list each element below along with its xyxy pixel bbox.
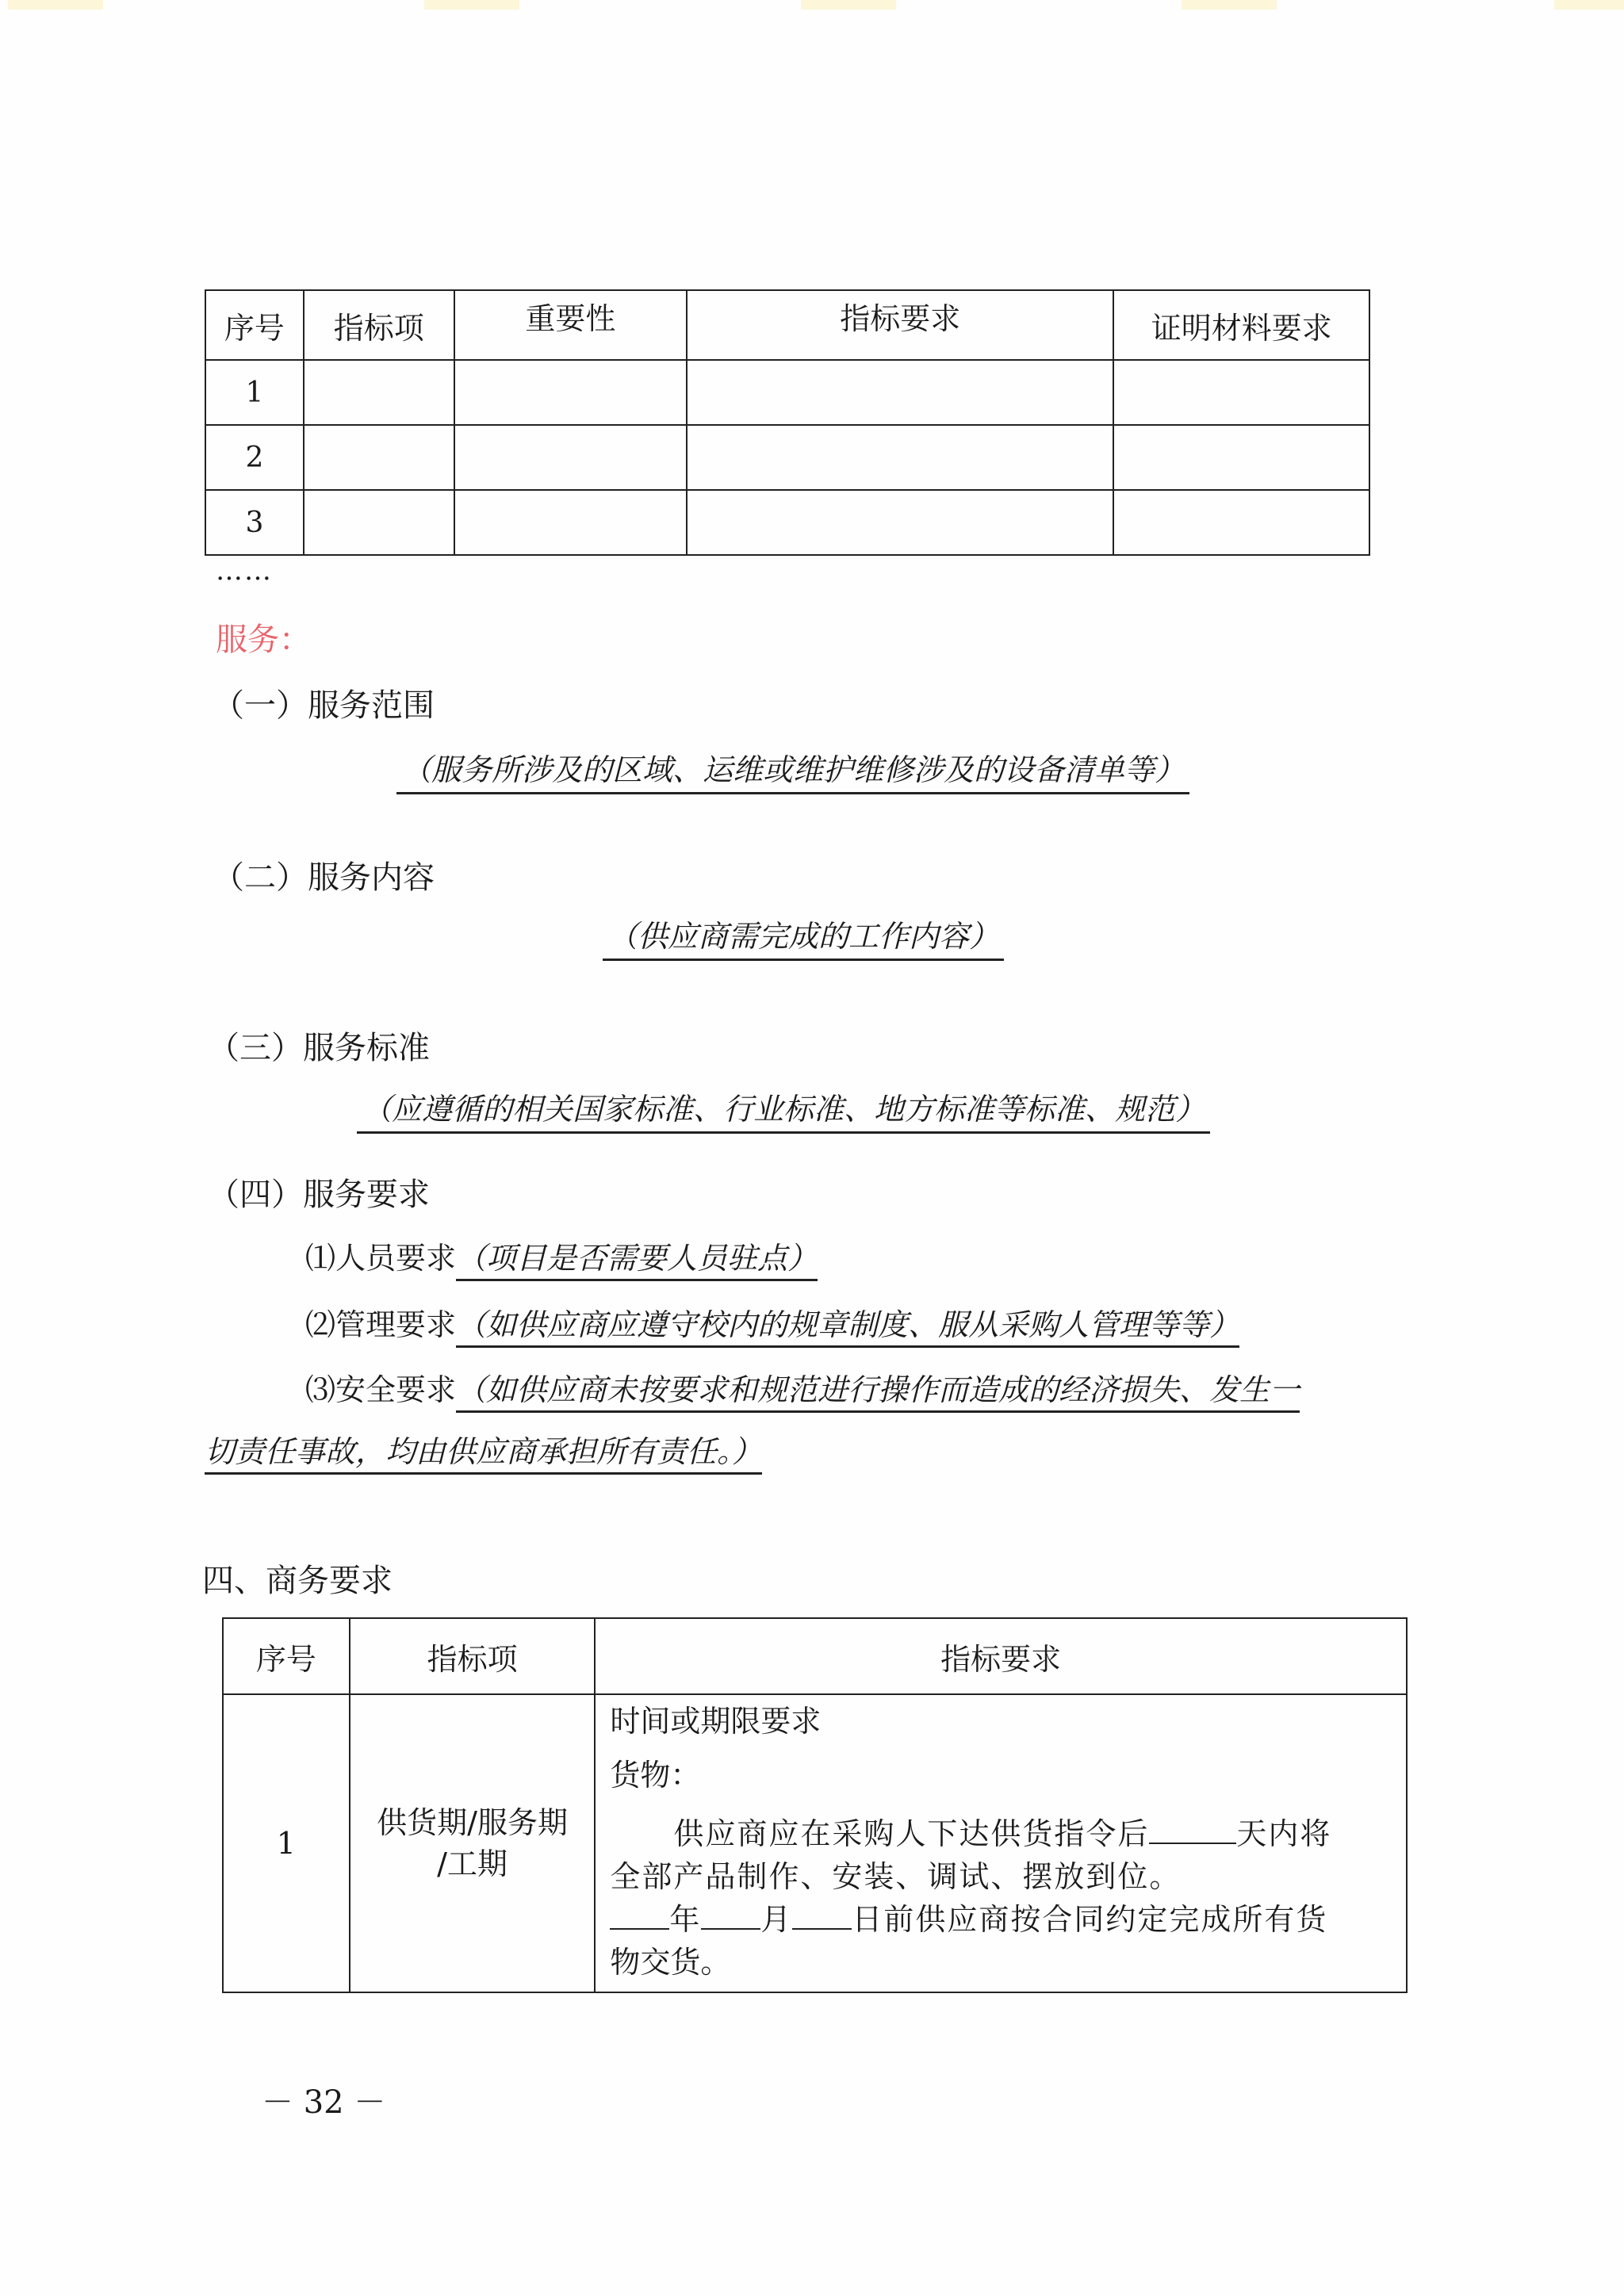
- req-paragraph-2: 年月日前供应商按合同约定完成所有货: [610, 1898, 1392, 1941]
- cell-no: 3: [205, 490, 304, 555]
- header-cell: 指标项: [304, 290, 454, 360]
- days-blank[interactable]: [1149, 1814, 1236, 1844]
- section-heading-content: （二）服务内容: [213, 852, 435, 897]
- cell: [304, 490, 454, 555]
- month-blank[interactable]: [701, 1900, 760, 1930]
- standard-placeholder: （应遵循的相关国家标准、行业标准、地方标准等标准、规范）: [357, 1085, 1210, 1134]
- table-row: 1: [205, 360, 1369, 425]
- table-row: 1 供货期/服务期 /工期 时间或期限要求 货物： 供应商应在采购人下达供货指令…: [223, 1694, 1407, 1992]
- cell-no: 1: [223, 1694, 350, 1992]
- requirement-placeholder: （如供应商未按要求和规范进行操作而造成的经济损失、发生一: [456, 1372, 1300, 1413]
- table-row: 3: [205, 490, 1369, 555]
- cell: [454, 425, 688, 490]
- requirement-personnel: ⑴人员要求（项目是否需要人员驻点）: [305, 1234, 818, 1277]
- indicator-table: 序号 指标项 重要性 指标要求 证明材料要求 1 2 3: [205, 289, 1370, 556]
- requirement-placeholder: 切责任事故，均由供应商承担所有责任。）: [205, 1434, 762, 1475]
- cell: [1113, 490, 1369, 555]
- ellipsis: ……: [216, 555, 273, 587]
- business-heading: 四、商务要求: [202, 1556, 393, 1601]
- cell: [304, 360, 454, 425]
- cell-item: 供货期/服务期 /工期: [350, 1694, 596, 1992]
- req-goods: 货物：: [610, 1754, 1392, 1797]
- section-heading-scope: （一）服务范围: [213, 680, 435, 725]
- content-placeholder-text: （供应商需完成的工作内容）: [603, 912, 1004, 961]
- section-heading-standard: （三）服务标准: [208, 1023, 430, 1068]
- header-cell: 指标项: [350, 1618, 596, 1694]
- requirement-safety: ⑶安全要求（如供应商未按要求和规范进行操作而造成的经济损失、发生一: [305, 1365, 1300, 1409]
- cell-no: 1: [205, 360, 304, 425]
- table-header-row: 序号 指标项 指标要求: [223, 1618, 1407, 1694]
- standard-placeholder-text: （应遵循的相关国家标准、行业标准、地方标准等标准、规范）: [357, 1085, 1210, 1134]
- cell: [687, 360, 1113, 425]
- requirement-label: ⑵管理要求: [305, 1307, 456, 1342]
- item-line: /工期: [350, 1843, 595, 1885]
- req-paragraph-1: 供应商应在采购人下达供货指令后天内将: [610, 1812, 1392, 1855]
- requirement-safety-continued: 切责任事故，均由供应商承担所有责任。）: [205, 1427, 762, 1471]
- requirement-placeholder: （项目是否需要人员驻点）: [456, 1241, 818, 1281]
- req-paragraph-2-cont: 物交货。: [610, 1941, 1392, 1984]
- requirement-management: ⑵管理要求（如供应商应遵守校内的规章制度、服从采购人管理等等）: [305, 1300, 1239, 1344]
- table-row: 2: [205, 425, 1369, 490]
- cell: [304, 425, 454, 490]
- year-blank[interactable]: [610, 1900, 669, 1930]
- cell: [454, 490, 688, 555]
- scope-placeholder: （服务所涉及的区域、运维或维护维修涉及的设备清单等）: [396, 745, 1189, 794]
- header-cell: 序号: [223, 1618, 350, 1694]
- scope-placeholder-text: （服务所涉及的区域、运维或维护维修涉及的设备清单等）: [396, 745, 1189, 794]
- cell-requirement: 时间或期限要求 货物： 供应商应在采购人下达供货指令后天内将 全部产品制作、安装…: [595, 1694, 1407, 1992]
- cell: [1113, 425, 1369, 490]
- req-paragraph-1-cont: 全部产品制作、安装、调试、摆放到位。: [610, 1855, 1392, 1898]
- cell-no: 2: [205, 425, 304, 490]
- table-header-row: 序号 指标项 重要性 指标要求 证明材料要求: [205, 290, 1369, 360]
- header-cell: 重要性: [454, 290, 688, 360]
- cell: [687, 425, 1113, 490]
- scan-edge-marks: [0, 0, 1624, 11]
- header-cell: 指标要求: [595, 1618, 1407, 1694]
- item-line: 供货期/服务期: [350, 1802, 595, 1843]
- day-blank[interactable]: [792, 1900, 852, 1930]
- requirement-label: ⑶安全要求: [305, 1372, 456, 1407]
- req-title: 时间或期限要求: [610, 1700, 1392, 1743]
- requirement-placeholder: （如供应商应遵守校内的规章制度、服从采购人管理等等）: [456, 1307, 1239, 1348]
- section-heading-requirements: （四）服务要求: [208, 1169, 430, 1215]
- header-cell: 证明材料要求: [1113, 290, 1369, 360]
- page-number: － 32 －: [262, 2077, 385, 2122]
- requirement-label: ⑴人员要求: [305, 1241, 456, 1276]
- content-placeholder: （供应商需完成的工作内容）: [603, 912, 1004, 961]
- cell: [687, 490, 1113, 555]
- header-cell: 序号: [205, 290, 304, 360]
- services-label: 服务：: [216, 614, 311, 660]
- cell: [454, 360, 688, 425]
- business-table: 序号 指标项 指标要求 1 供货期/服务期 /工期 时间或期限要求 货物： 供应…: [222, 1617, 1408, 1993]
- cell: [1113, 360, 1369, 425]
- header-cell: 指标要求: [687, 290, 1113, 360]
